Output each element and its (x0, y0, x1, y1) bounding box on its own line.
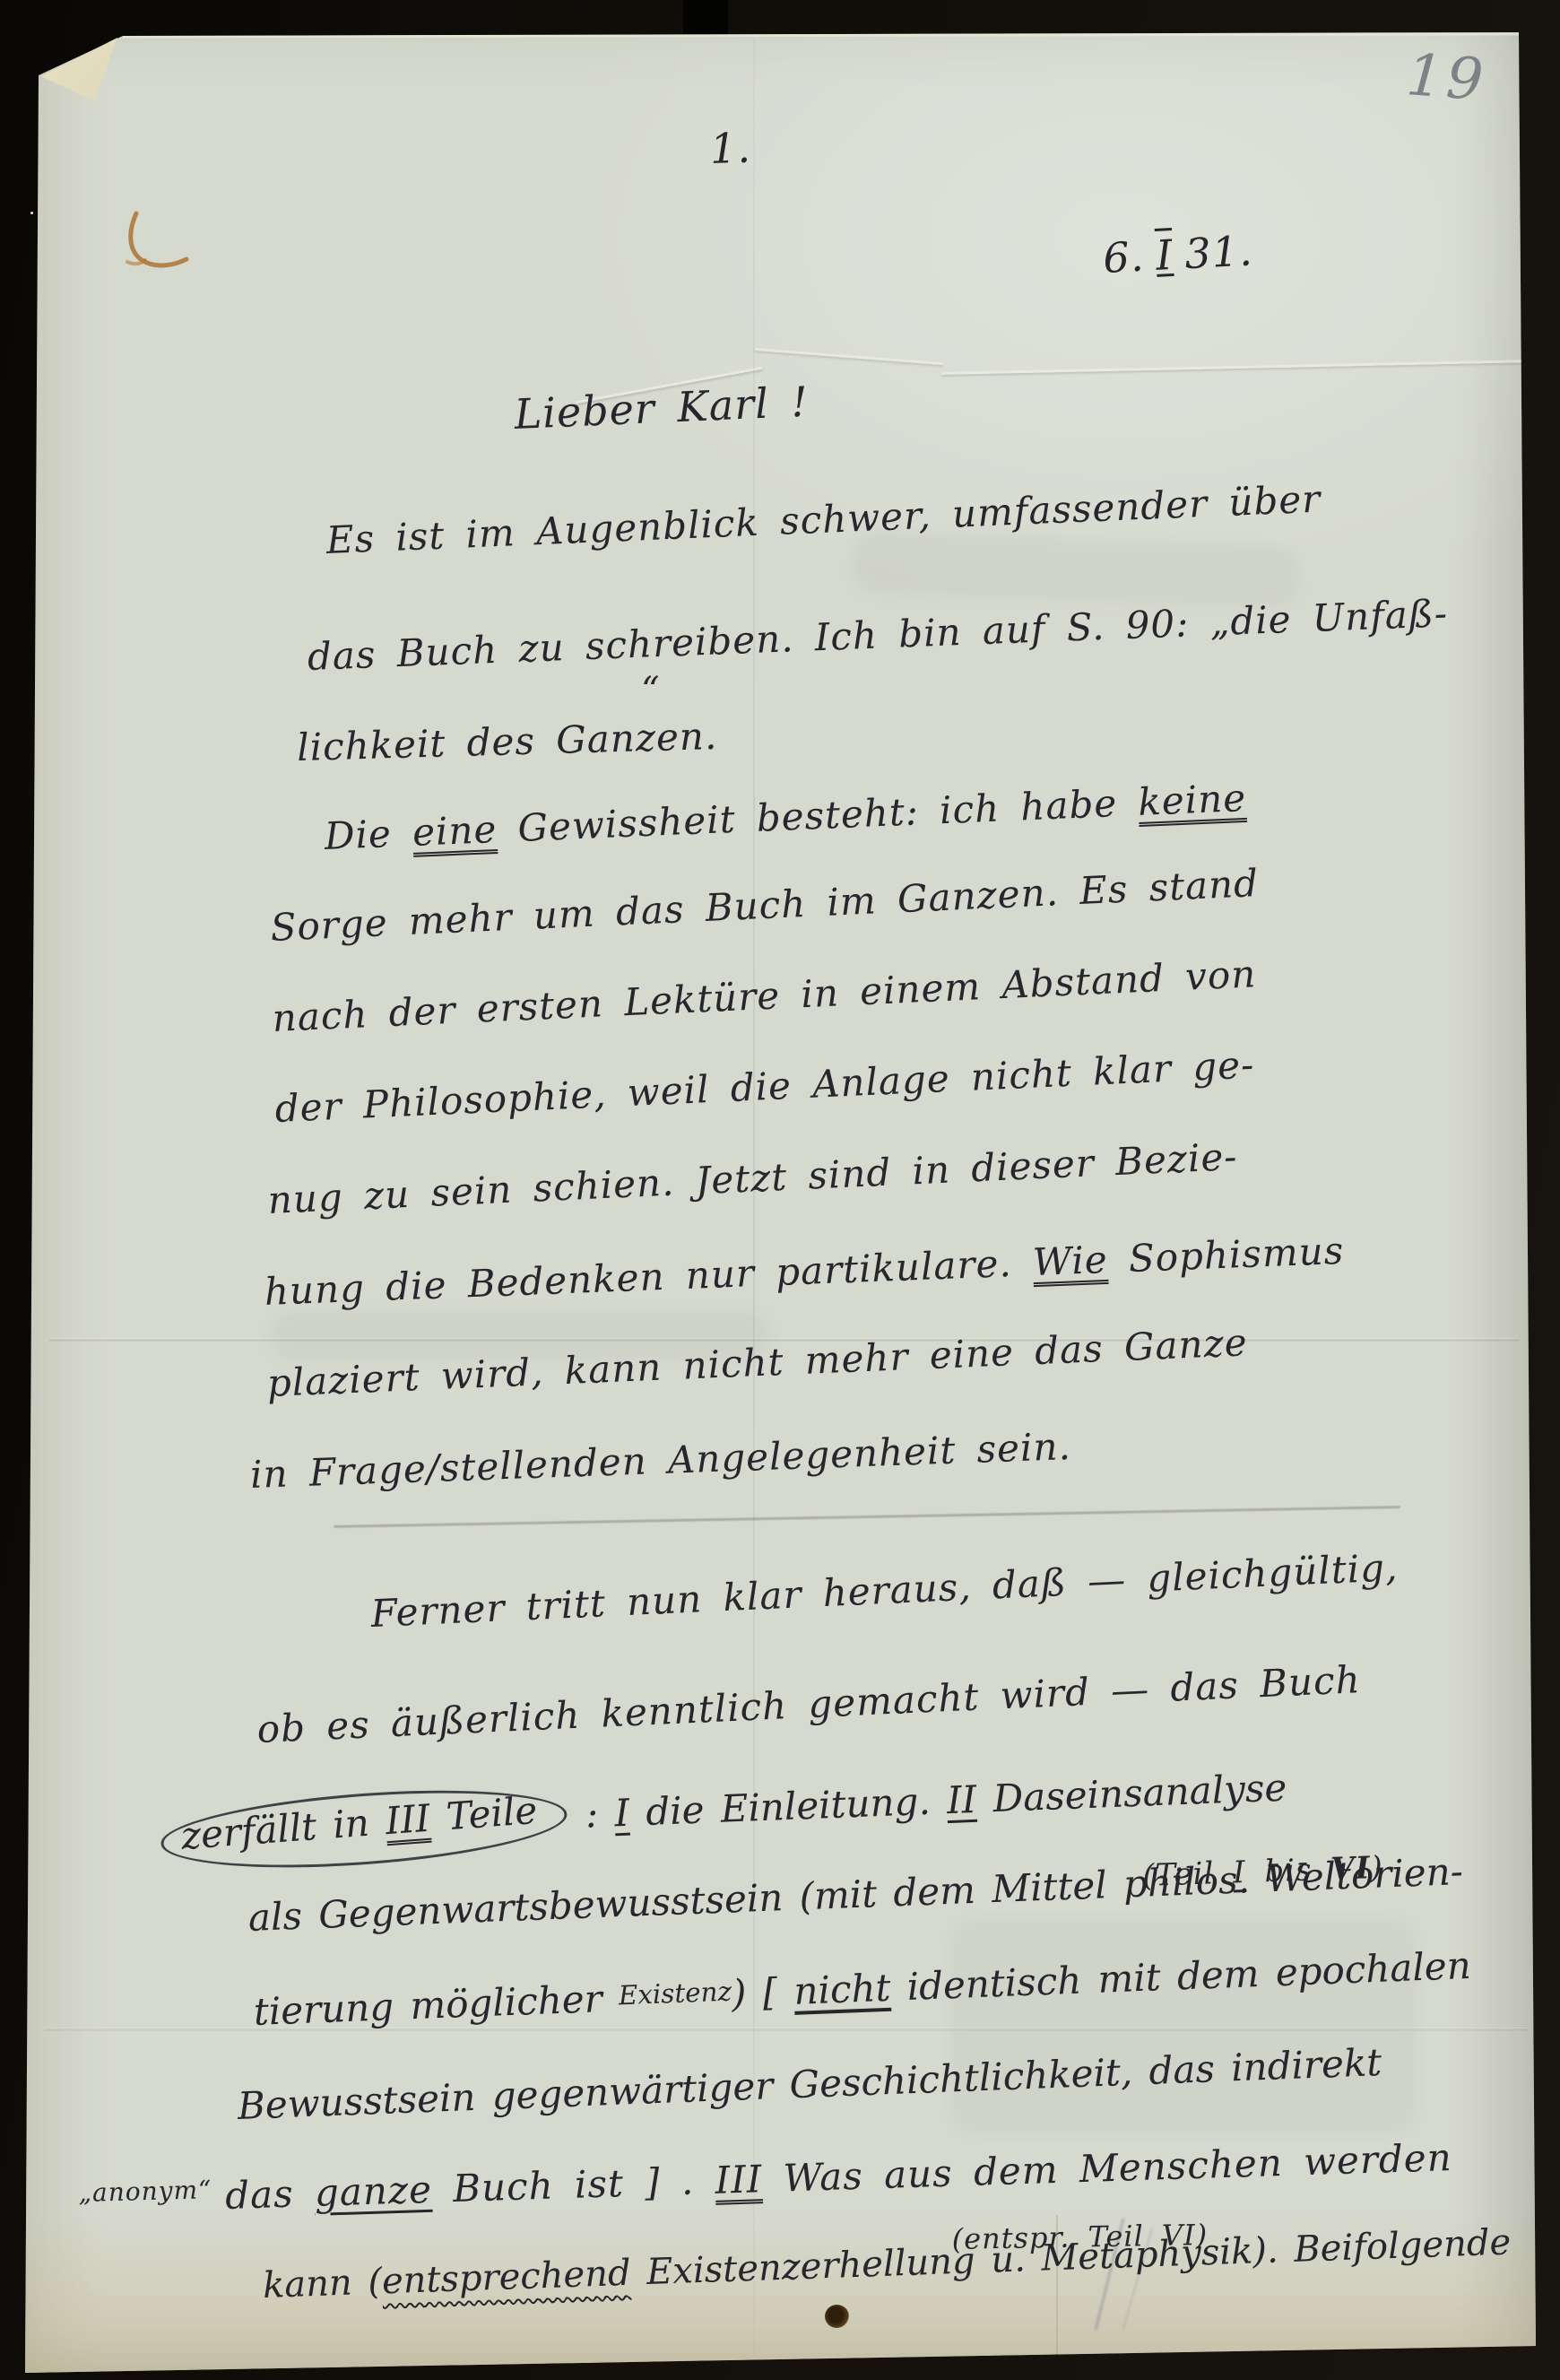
line-text: Sorge mehr um das Buch im Ganzen. Es sta… (270, 861, 1260, 950)
handwritten-line: zerfällt in III Teile : I die Einleitung… (178, 1762, 1288, 1857)
line-text: das Buch zu schreiben. Ich bin auf S. 90… (307, 591, 1449, 679)
underlined-word: III (384, 1796, 431, 1844)
line-text: Sophismus (1107, 1229, 1345, 1281)
line-text: Gewissheit besteht: ich habe (496, 780, 1139, 851)
line-text: Ferner tritt nun klar heraus, daß — glei… (370, 1545, 1400, 1636)
letter-paper: 19 1. 6.I31. Lieber Karl ! Es ist im Aug… (0, 0, 1560, 2380)
closing-quote-mark: “ (641, 668, 660, 713)
handwritten-line: lichkeit des Ganzen. (297, 713, 718, 772)
circled-phrase: zerfällt in III Teile (159, 1779, 570, 1880)
dust-speck (30, 212, 33, 214)
line-text: Was aus dem Menschen werden (762, 2135, 1453, 2201)
underlined-word: entsprechend (381, 2253, 631, 2303)
line-text: hung die Bedenken nur partikulare. (264, 1240, 1034, 1314)
line-text: die Einleitung. (628, 1778, 948, 1835)
line-text: tierung möglicher (253, 1976, 620, 2034)
ink-blot (825, 2305, 849, 2328)
line-text: nach der ersten Lektüre in einem Abstand… (272, 951, 1258, 1040)
underlined-word: nicht (793, 1966, 892, 2013)
handwritten-line: kann (entsprechend Existenzerhellung u. … (262, 2219, 1512, 2308)
underlined-word: II (946, 1777, 977, 1822)
salutation: Lieber Karl ! (513, 377, 810, 441)
line-text: ob es äußerlich kenntlich gemacht wird —… (256, 1657, 1362, 1751)
paper-top-edge-highlight (123, 32, 1519, 38)
handwritten-line: nug zu sein schien. Jetzt sind in dieser… (267, 1134, 1239, 1225)
line-text: Buch ist ] . (431, 2159, 715, 2211)
sheet-number: 1. (709, 122, 752, 175)
line-text: : (568, 1791, 616, 1837)
margin-note-anonym: „anonym“ (78, 2174, 212, 2209)
line-text: lichkeit des Ganzen. (297, 714, 718, 769)
line-text: das (224, 2171, 315, 2218)
verso-showthrough (851, 530, 1301, 608)
handwritten-line: Ferner tritt nun klar heraus, daß — glei… (370, 1544, 1400, 1637)
line-text: Teile (429, 1788, 539, 1840)
archive-photo: 19 1. 6.I31. Lieber Karl ! Es ist im Aug… (0, 0, 1560, 2380)
line-text: kann ( (262, 2261, 382, 2306)
date-month-roman: I (1150, 230, 1179, 280)
handwritten-line: der Philosophie, weil die Anlage nicht k… (274, 1041, 1256, 1133)
underlined-word: I (613, 1791, 629, 1836)
handwritten-line: nach der ersten Lektüre in einem Abstand… (272, 951, 1258, 1042)
line-text: nug zu sein schien. Jetzt sind in dieser… (267, 1134, 1239, 1222)
fold-crease-chevron-right (755, 348, 943, 365)
archive-page-number: 19 (1404, 39, 1489, 117)
handwritten-line: das ganze Buch ist ] . III Was aus dem M… (224, 2134, 1452, 2219)
handwritten-line: in Frage/stellenden Angelegenheit sein. (249, 1423, 1071, 1498)
handwritten-line: ob es äußerlich kenntlich gemacht wird —… (256, 1656, 1362, 1753)
line-text: Daseinsanalyse (975, 1766, 1287, 1821)
fold-crease-horizontal-top (941, 360, 1529, 375)
underlined-word: III (715, 2157, 763, 2202)
underlined-word: Wie (1032, 1238, 1109, 1284)
handwritten-line: Sorge mehr um das Buch im Ganzen. Es sta… (270, 860, 1260, 951)
line-text: der Philosophie, weil die Anlage nicht k… (274, 1042, 1256, 1131)
handwritten-line: Die eine Gewissheit besteht: ich habe ke… (324, 775, 1247, 861)
underlined-word: eine (412, 807, 498, 855)
underlined-word: keine (1137, 776, 1247, 824)
pencil-stroke (334, 1506, 1400, 1528)
line-text: zerfällt in (179, 1799, 387, 1858)
line-text: Die (324, 811, 413, 858)
line-text: in Frage/stellenden Angelegenheit sein. (249, 1424, 1071, 1497)
date-year: 31. (1183, 226, 1254, 278)
handwritten-line: das Buch zu schreiben. Ich bin auf S. 90… (307, 590, 1449, 681)
handwritten-line: hung die Bedenken nur partikulare. Wie S… (264, 1228, 1345, 1316)
inserted-word: Existenz (618, 1976, 732, 2011)
date-line: 6.I31. (1102, 225, 1254, 284)
date-day: 6. (1102, 232, 1146, 282)
rust-stain (115, 208, 213, 285)
underlined-word: ganze (314, 2167, 432, 2215)
line-text: ) [ (731, 1969, 794, 2016)
